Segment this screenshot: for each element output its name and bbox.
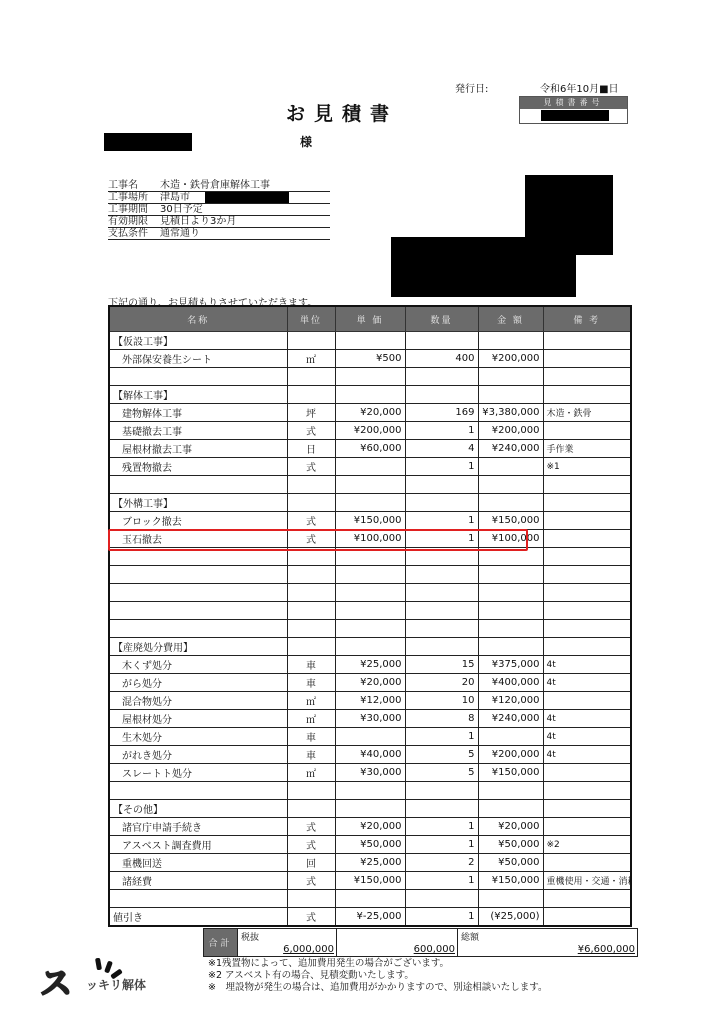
item-price: ¥150,000 <box>335 872 405 890</box>
table-row: 建物解体工事坪¥20,000169¥3,380,000木造・鉄骨 <box>109 404 631 422</box>
highlight-box <box>108 529 528 551</box>
item-note: 4t <box>543 746 631 764</box>
item-note: 4t <box>543 674 631 692</box>
item-amount: ¥240,000 <box>478 710 543 728</box>
item-unit: 式 <box>287 908 335 927</box>
item-amount: ¥20,000 <box>478 818 543 836</box>
table-row: 木くず処分車¥25,00015¥375,0004t <box>109 656 631 674</box>
item-unit: 式 <box>287 872 335 890</box>
total-value: ¥6,600,000 <box>578 944 635 955</box>
section-title: 【仮設工事】 <box>109 332 287 350</box>
item-note <box>543 764 631 782</box>
footnote-2: ※2 アスベスト有の場合、見積変動いたします。 <box>208 970 548 982</box>
item-note: ※1 <box>543 458 631 476</box>
item-unit: 式 <box>287 458 335 476</box>
item-price: ¥150,000 <box>335 512 405 530</box>
item-price: ¥60,000 <box>335 440 405 458</box>
item-name: 諸経費 <box>109 872 287 890</box>
item-name: 値引き <box>109 908 287 927</box>
item-note: 4t <box>543 710 631 728</box>
item-qty: 400 <box>405 350 478 368</box>
item-qty: 4 <box>405 440 478 458</box>
table-row: がら処分車¥20,00020¥400,0004t <box>109 674 631 692</box>
item-unit: ㎡ <box>287 764 335 782</box>
item-qty: 1 <box>405 908 478 927</box>
item-note <box>543 350 631 368</box>
sparkle-icon <box>95 958 102 971</box>
item-qty: 1 <box>405 458 478 476</box>
item-name: ブロック撤去 <box>109 512 287 530</box>
estimate-table: 名称 単位 単 価 数量 金 額 備 考 【仮設工事】外部保安養生シート㎡¥50… <box>108 305 632 927</box>
item-qty: 1 <box>405 422 478 440</box>
total-label: 総額 <box>461 930 479 943</box>
info-row: 工事名木造・鉄骨倉庫解体工事 <box>108 180 330 192</box>
table-row: 残置物撤去式1※1 <box>109 458 631 476</box>
info-key: 有効期限 <box>108 216 160 227</box>
item-unit: 式 <box>287 422 335 440</box>
item-name: 基礎撤去工事 <box>109 422 287 440</box>
section-row: 【産廃処分費用】 <box>109 638 631 656</box>
item-amount <box>478 458 543 476</box>
item-name: スレートト処分 <box>109 764 287 782</box>
total-cell: 総額 ¥6,600,000 <box>457 929 637 956</box>
item-note: 4t <box>543 728 631 746</box>
footnotes: ※1残置物によって、追加費用発生の場合がございます。 ※2 アスベスト有の場合、… <box>208 958 548 994</box>
section-title: 【外構工事】 <box>109 494 287 512</box>
footnote-3: ※ 埋設物が発生の場合は、追加費用がかかりますので、別途相談いたします。 <box>208 982 548 994</box>
table-row: 混合物処分㎡¥12,00010¥120,000 <box>109 692 631 710</box>
item-name: 重機回送 <box>109 854 287 872</box>
item-unit: 回 <box>287 854 335 872</box>
item-unit: 車 <box>287 746 335 764</box>
table-row: 値引き式¥-25,0001(¥25,000) <box>109 908 631 927</box>
item-qty: 15 <box>405 656 478 674</box>
redacted-project-address <box>205 192 289 203</box>
section-title: 【産廃処分費用】 <box>109 638 287 656</box>
info-key: 工事期間 <box>108 204 160 215</box>
item-price: ¥25,000 <box>335 656 405 674</box>
item-qty: 1 <box>405 818 478 836</box>
project-info: 工事名木造・鉄骨倉庫解体工事工事場所津島市工事期間30日予定有効期限見積日より3… <box>108 180 330 240</box>
table-row: 屋根材撤去工事日¥60,0004¥240,000手作業 <box>109 440 631 458</box>
logo-small-text: ッキリ解体 <box>86 976 146 993</box>
col-note: 備 考 <box>543 306 631 332</box>
totals-label: 合計 <box>204 929 237 956</box>
info-value: 通常通り <box>160 228 200 239</box>
table-row: 生木処分車14t <box>109 728 631 746</box>
table-row: 諸経費式¥150,0001¥150,000重機使用・交通・消耗品 <box>109 872 631 890</box>
item-price <box>335 728 405 746</box>
item-amount: ¥3,380,000 <box>478 404 543 422</box>
item-unit: 式 <box>287 818 335 836</box>
item-note <box>543 422 631 440</box>
item-price: ¥-25,000 <box>335 908 405 927</box>
item-amount: ¥150,000 <box>478 764 543 782</box>
item-amount: ¥50,000 <box>478 854 543 872</box>
footnote-1: ※1残置物によって、追加費用発生の場合がございます。 <box>208 958 548 970</box>
item-name: アスベスト調査費用 <box>109 836 287 854</box>
info-value: 30日予定 <box>160 204 203 215</box>
col-qty: 数量 <box>405 306 478 332</box>
redacted-customer-name <box>104 133 192 151</box>
empty-row <box>109 584 631 602</box>
item-name: 生木処分 <box>109 728 287 746</box>
item-unit: 式 <box>287 512 335 530</box>
item-note <box>543 908 631 927</box>
redacted-estimate-number <box>541 110 609 121</box>
tax-value: 600,000 <box>414 944 455 955</box>
item-amount: ¥400,000 <box>478 674 543 692</box>
item-amount: ¥50,000 <box>478 836 543 854</box>
empty-row <box>109 602 631 620</box>
item-unit: ㎡ <box>287 710 335 728</box>
section-row: 【解体工事】 <box>109 386 631 404</box>
item-unit: 式 <box>287 836 335 854</box>
item-note: 手作業 <box>543 440 631 458</box>
table-row: 基礎撤去工事式¥200,0001¥200,000 <box>109 422 631 440</box>
empty-row <box>109 476 631 494</box>
item-price: ¥20,000 <box>335 818 405 836</box>
col-unit: 単位 <box>287 306 335 332</box>
item-qty: 1 <box>405 872 478 890</box>
totals-row: 合計 税抜 6,000,000 600,000 総額 ¥6,600,000 <box>203 928 638 957</box>
info-key: 工事名 <box>108 180 160 191</box>
issue-date-label: 発行日: <box>455 80 488 95</box>
table-row: スレートト処分㎡¥30,0005¥150,000 <box>109 764 631 782</box>
logo-big-text: ス <box>40 958 72 1004</box>
item-unit: 車 <box>287 656 335 674</box>
estimate-number-label: 見積書番号 <box>520 97 627 109</box>
table-row: 外部保安養生シート㎡¥500400¥200,000 <box>109 350 631 368</box>
item-amount: ¥150,000 <box>478 512 543 530</box>
item-note <box>543 512 631 530</box>
section-title: 【その他】 <box>109 800 287 818</box>
item-price: ¥30,000 <box>335 710 405 728</box>
item-qty: 5 <box>405 764 478 782</box>
item-note <box>543 530 631 548</box>
pre-tax-cell: 税抜 6,000,000 <box>237 929 336 956</box>
info-value: 津島市 <box>160 192 190 203</box>
honorific: 様 <box>300 133 312 150</box>
item-qty: 1 <box>405 728 478 746</box>
item-qty: 10 <box>405 692 478 710</box>
table-row: 屋根材処分㎡¥30,0008¥240,0004t <box>109 710 631 728</box>
item-name: 混合物処分 <box>109 692 287 710</box>
item-price: ¥50,000 <box>335 836 405 854</box>
table-row: がれき処分車¥40,0005¥200,0004t <box>109 746 631 764</box>
item-unit: 日 <box>287 440 335 458</box>
empty-row <box>109 620 631 638</box>
item-name: 諸官庁申請手続き <box>109 818 287 836</box>
pre-tax-value: 6,000,000 <box>283 944 334 955</box>
item-unit: ㎡ <box>287 692 335 710</box>
table-header: 名称 単位 単 価 数量 金 額 備 考 <box>109 306 631 332</box>
pre-tax-label: 税抜 <box>241 930 259 943</box>
item-price: ¥200,000 <box>335 422 405 440</box>
empty-row <box>109 782 631 800</box>
item-amount: ¥150,000 <box>478 872 543 890</box>
item-qty: 1 <box>405 836 478 854</box>
col-price: 単 価 <box>335 306 405 332</box>
item-unit: 坪 <box>287 404 335 422</box>
sparkle-icon <box>104 961 113 974</box>
item-note: 4t <box>543 656 631 674</box>
info-row: 工事期間30日予定 <box>108 204 330 216</box>
table-row: ブロック撤去式¥150,0001¥150,000 <box>109 512 631 530</box>
item-name: がら処分 <box>109 674 287 692</box>
item-unit: 車 <box>287 728 335 746</box>
item-name: 外部保安養生シート <box>109 350 287 368</box>
item-amount: ¥200,000 <box>478 422 543 440</box>
section-row: 【その他】 <box>109 800 631 818</box>
item-amount: ¥375,000 <box>478 656 543 674</box>
item-qty: 5 <box>405 746 478 764</box>
item-amount <box>478 728 543 746</box>
tax-cell: 600,000 <box>336 929 457 956</box>
item-amount: ¥120,000 <box>478 692 543 710</box>
redacted-company-info-2 <box>391 237 576 297</box>
item-price: ¥20,000 <box>335 674 405 692</box>
item-price: ¥25,000 <box>335 854 405 872</box>
empty-row <box>109 368 631 386</box>
item-name: 木くず処分 <box>109 656 287 674</box>
item-price: ¥40,000 <box>335 746 405 764</box>
section-title: 【解体工事】 <box>109 386 287 404</box>
col-name: 名称 <box>109 306 287 332</box>
item-amount: ¥200,000 <box>478 350 543 368</box>
item-qty: 20 <box>405 674 478 692</box>
info-value: 見積日より3か月 <box>160 216 236 227</box>
item-qty: 8 <box>405 710 478 728</box>
item-note <box>543 818 631 836</box>
item-name: 残置物撤去 <box>109 458 287 476</box>
section-row: 【仮設工事】 <box>109 332 631 350</box>
item-unit: ㎡ <box>287 350 335 368</box>
item-qty: 1 <box>405 512 478 530</box>
section-row: 【外構工事】 <box>109 494 631 512</box>
item-amount: ¥240,000 <box>478 440 543 458</box>
info-row: 有効期限見積日より3か月 <box>108 216 330 228</box>
item-price: ¥12,000 <box>335 692 405 710</box>
item-note <box>543 692 631 710</box>
table-row: アスベスト調査費用式¥50,0001¥50,000※2 <box>109 836 631 854</box>
empty-row <box>109 566 631 584</box>
col-amount: 金 額 <box>478 306 543 332</box>
table-row: 重機回送回¥25,0002¥50,000 <box>109 854 631 872</box>
item-unit: 車 <box>287 674 335 692</box>
item-amount: ¥200,000 <box>478 746 543 764</box>
item-note: 重機使用・交通・消耗品 <box>543 872 631 890</box>
item-note: ※2 <box>543 836 631 854</box>
item-name: 建物解体工事 <box>109 404 287 422</box>
item-note: 木造・鉄骨 <box>543 404 631 422</box>
company-logo: ス ッキリ解体 <box>40 958 170 998</box>
item-note <box>543 854 631 872</box>
table-row: 諸官庁申請手続き式¥20,0001¥20,000 <box>109 818 631 836</box>
item-amount: (¥25,000) <box>478 908 543 927</box>
item-qty: 169 <box>405 404 478 422</box>
item-name: がれき処分 <box>109 746 287 764</box>
empty-row <box>109 890 631 908</box>
item-price <box>335 458 405 476</box>
info-key: 支払条件 <box>108 228 160 239</box>
item-qty: 2 <box>405 854 478 872</box>
item-name: 屋根材処分 <box>109 710 287 728</box>
issue-date-value: 令和6年10月■日 <box>540 80 619 95</box>
document-title: お見積書 <box>286 99 398 126</box>
item-price: ¥30,000 <box>335 764 405 782</box>
info-row: 支払条件通常通り <box>108 228 330 240</box>
item-price: ¥500 <box>335 350 405 368</box>
item-name: 屋根材撤去工事 <box>109 440 287 458</box>
item-price: ¥20,000 <box>335 404 405 422</box>
info-key: 工事場所 <box>108 192 160 203</box>
info-value: 木造・鉄骨倉庫解体工事 <box>160 180 270 191</box>
